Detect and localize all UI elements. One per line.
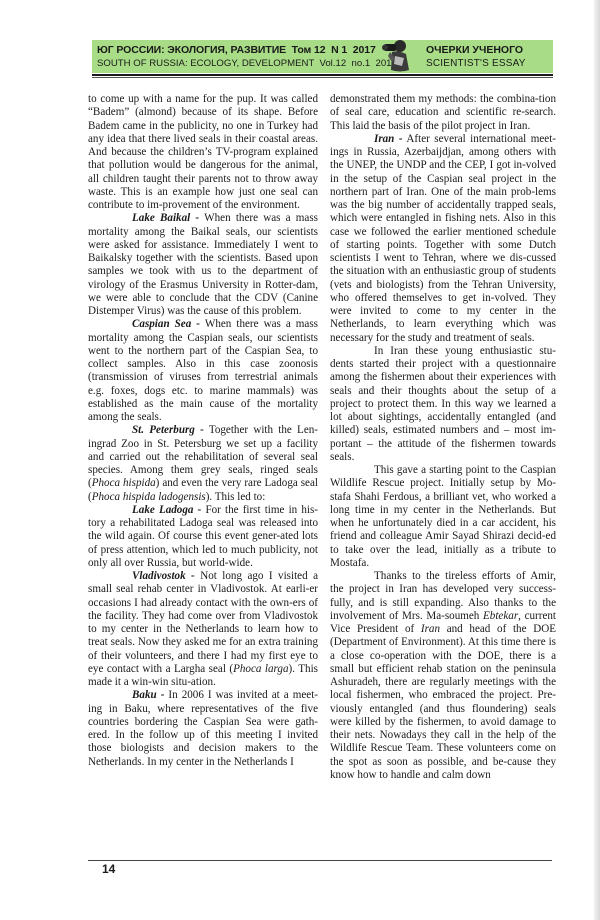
lead-vladivostok: Vladivostok - — [132, 570, 195, 582]
header-rule-thin — [92, 77, 553, 78]
lead-lake-ladoga: Lake Ladoga - — [132, 504, 201, 516]
page-number: 14 — [102, 862, 115, 876]
page-edge — [594, 0, 600, 920]
paragraph-st-peterburg: St. Peterburg - Together with the Len-in… — [88, 424, 318, 504]
footer-rule — [88, 860, 552, 861]
body-baku: In 2006 I was invited at a meet-ing in B… — [88, 689, 318, 767]
species-phoca-hispida-ladogensis: Phoca hispida ladogensis — [92, 491, 206, 503]
header-rule — [92, 74, 553, 76]
name-iran: Iran — [421, 623, 440, 635]
body-lake-ladoga: For the first time in his-tory a rehabil… — [88, 504, 318, 569]
photographer-icon — [382, 36, 412, 74]
section-title-ru: ОЧЕРКИ УЧЕНОГО — [426, 44, 526, 57]
left-column: to come up with a name for the pup. It w… — [88, 93, 318, 769]
body-lake-baikal: When there was a mass mortality among th… — [88, 212, 318, 317]
paragraph-badem: to come up with a name for the pup. It w… — [88, 93, 318, 212]
paragraph-methods: demonstrated them my methods: the combin… — [330, 93, 556, 133]
body-caspian-sea: When there was a mass mortality among th… — [88, 318, 318, 423]
section-title-en: SCIENTIST'S ESSAY — [426, 57, 526, 70]
paragraph-students: In Iran these young enthusiastic stu-den… — [330, 345, 556, 464]
lead-iran: Iran - — [374, 133, 403, 145]
paragraph-lake-baikal: Lake Baikal - When there was a mass mort… — [88, 212, 318, 318]
journal-title-en: SOUTH OF RUSSIA: ECOLOGY, DEVELOPMENT Vo… — [97, 57, 397, 70]
lead-baku: Baku - — [132, 689, 164, 701]
body-amir-c: and head of the DOE (Department of Envir… — [330, 623, 556, 781]
paragraph-baku: Baku - In 2006 I was invited at a meet-i… — [88, 689, 318, 769]
journal-title: ЮГ РОССИИ: ЭКОЛОГИЯ, РАЗВИТИЕ Том 12 N 1… — [97, 44, 397, 70]
body-st-peterburg-c: ). This led to: — [206, 491, 266, 503]
name-ebtekar: Ebtekar — [483, 610, 518, 622]
lead-caspian-sea: Caspian Sea - — [132, 318, 200, 330]
running-header: ЮГ РОССИИ: ЭКОЛОГИЯ, РАЗВИТИЕ Том 12 N 1… — [92, 40, 553, 73]
body-iran: After several international meet-ings in… — [330, 133, 556, 344]
species-phoca-hispida: Phoca hispida — [92, 477, 156, 489]
paragraph-caspian-sea: Caspian Sea - When there was a mass mort… — [88, 318, 318, 424]
lead-st-peterburg: St. Peterburg - — [132, 424, 204, 436]
paragraph-vladivostok: Vladivostok - Not long ago I visited a s… — [88, 570, 318, 689]
section-title: ОЧЕРКИ УЧЕНОГО SCIENTIST'S ESSAY — [426, 44, 526, 70]
paragraph-amir: Thanks to the tireless efforts of Amir, … — [330, 570, 556, 782]
paragraph-wildlife-rescue: This gave a starting point to the Caspia… — [330, 464, 556, 570]
lead-lake-baikal: Lake Baikal - — [132, 212, 199, 224]
journal-title-ru: ЮГ РОССИИ: ЭКОЛОГИЯ, РАЗВИТИЕ Том 12 N 1… — [97, 44, 397, 57]
body-vladivostok-a: Not long ago I visited a small seal reha… — [88, 570, 318, 675]
paragraph-iran: Iran - After several international meet-… — [330, 133, 556, 345]
right-column: demonstrated them my methods: the combin… — [330, 93, 556, 782]
paragraph-lake-ladoga: Lake Ladoga - For the first time in his-… — [88, 504, 318, 570]
species-phoca-larga: Phoca larga — [233, 663, 288, 675]
